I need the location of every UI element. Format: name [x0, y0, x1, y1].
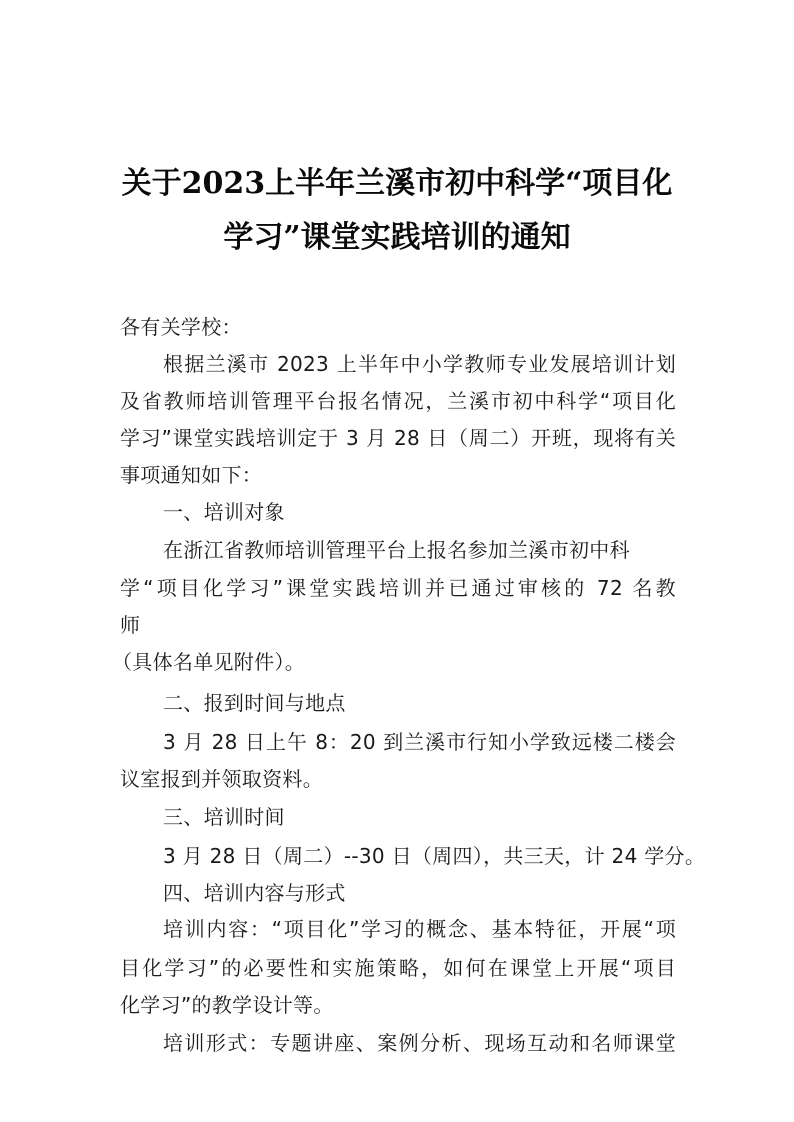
section-heading-3: 三、培训时间	[163, 804, 676, 830]
intro-line-4: 事项通知如下：	[120, 462, 676, 488]
section-4-line-3: 化学习”的教学设计等。	[120, 992, 676, 1018]
section-heading-4: 四、培训内容与形式	[163, 880, 676, 906]
intro-line-2: 及省教师培训管理平台报名情况，兰溪市初中科学“项目化	[120, 388, 676, 414]
section-1-line-3: 师	[120, 612, 676, 638]
section-1-line-1: 在浙江省教师培训管理平台上报名参加兰溪市初中科	[163, 537, 676, 563]
section-heading-1: 一、培训对象	[163, 499, 676, 525]
section-4-line-4: 培训形式：专题讲座、案例分析、现场互动和名师课堂	[163, 1030, 676, 1056]
document-title-line-1: 关于2023上半年兰溪市初中科学“项目化	[0, 166, 794, 202]
section-2-line-2: 议室报到并领取资料。	[120, 766, 676, 792]
section-heading-2: 二、报到时间与地点	[163, 690, 676, 716]
section-1-line-2: 学“项目化学习”课堂实践培训并已通过审核的 72 名教	[120, 575, 676, 601]
intro-line-3: 学习”课堂实践培训定于 3 月 28 日（周二）开班，现将有关	[120, 425, 676, 451]
section-3-line-1: 3 月 28 日（周二）--30 日（周四），共三天，计 24 学分。	[163, 843, 676, 869]
section-1-line-4: （具体名单见附件）。	[112, 649, 668, 675]
intro-line-1: 根据兰溪市 2023 上半年中小学教师专业发展培训计划	[163, 351, 676, 377]
document-page: 关于2023上半年兰溪市初中科学“项目化 学习”课堂实践培训的通知 各有关学校：…	[0, 0, 794, 1122]
section-2-line-1: 3 月 28 日上午 8：20 到兰溪市行知小学致远楼二楼会	[163, 729, 676, 755]
section-4-line-1: 培训内容：“项目化”学习的概念、基本特征，开展“项	[163, 916, 676, 942]
salutation: 各有关学校：	[120, 314, 676, 340]
section-4-line-2: 目化学习”的必要性和实施策略，如何在课堂上开展“项目	[120, 955, 676, 981]
document-title-line-2: 学习”课堂实践培训的通知	[0, 220, 794, 256]
